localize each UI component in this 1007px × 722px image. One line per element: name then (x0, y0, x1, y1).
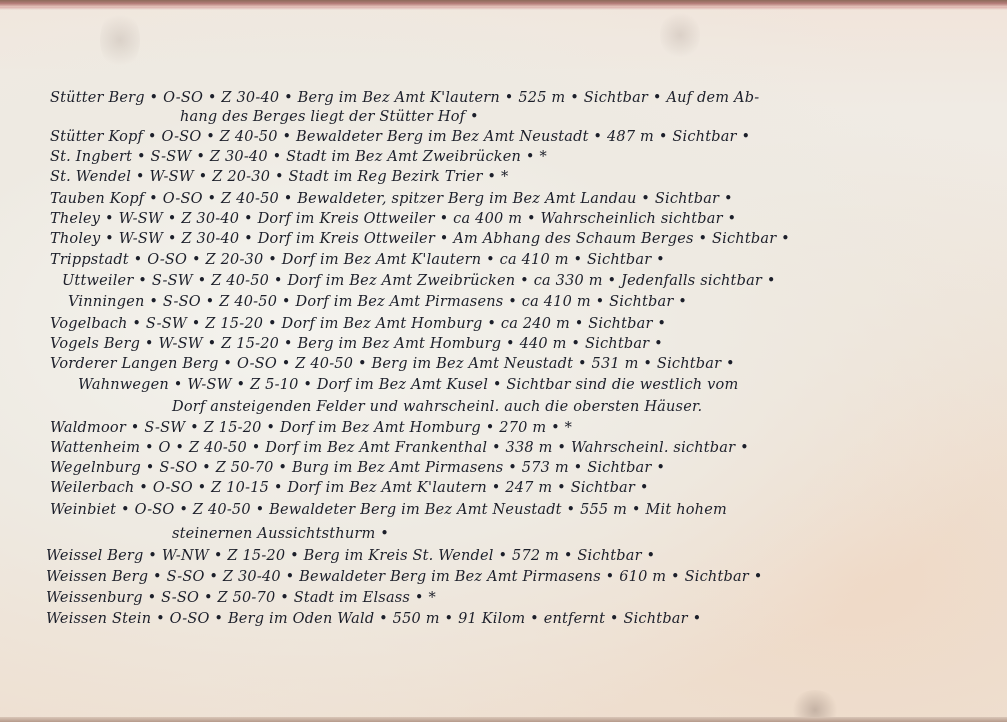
paper-page: Stütter Berg • O-SO • Z 30-40 • Berg im … (0, 0, 1007, 722)
entry-line: Trippstadt • O-SO • Z 20-30 • Dorf im Be… (50, 252, 665, 268)
entry-line: Weinbiet • O-SO • Z 40-50 • Bewaldeter B… (50, 502, 727, 518)
entry-line: St. Wendel • W-SW • Z 20-30 • Stadt im R… (50, 169, 508, 185)
entry-line: Weissel Berg • W-NW • Z 15-20 • Berg im … (46, 548, 655, 564)
entry-line-continuation: hang des Berges liegt der Stütter Hof • (180, 109, 479, 125)
entry-line: Stütter Berg • O-SO • Z 30-40 • Berg im … (50, 90, 759, 106)
entry-line: St. Ingbert • S-SW • Z 30-40 • Stadt im … (50, 149, 547, 165)
entry-line: Wegelnburg • S-SO • Z 50-70 • Burg im Be… (50, 460, 665, 476)
handwritten-entries: Stütter Berg • O-SO • Z 30-40 • Berg im … (0, 0, 1007, 722)
entry-line: Uttweiler • S-SW • Z 40-50 • Dorf im Bez… (62, 273, 776, 289)
entry-line: Weissen Berg • S-SO • Z 30-40 • Bewaldet… (46, 569, 763, 585)
entry-line: Stütter Kopf • O-SO • Z 40-50 • Bewaldet… (50, 129, 750, 145)
entry-line-continuation: Dorf ansteigenden Felder und wahrscheinl… (172, 399, 702, 415)
entry-line: Wattenheim • O • Z 40-50 • Dorf im Bez A… (50, 440, 749, 456)
entry-line: Waldmoor • S-SW • Z 15-20 • Dorf im Bez … (50, 420, 572, 436)
entry-line: Vogelbach • S-SW • Z 15-20 • Dorf im Bez… (50, 316, 666, 332)
entry-line: Vorderer Langen Berg • O-SO • Z 40-50 • … (50, 356, 735, 372)
entry-line: Vogels Berg • W-SW • Z 15-20 • Berg im B… (50, 336, 663, 352)
entry-line: Tauben Kopf • O-SO • Z 40-50 • Bewaldete… (50, 191, 733, 207)
entry-line: Tholey • W-SW • Z 30-40 • Dorf im Kreis … (50, 231, 790, 247)
entry-line: Vinningen • S-SO • Z 40-50 • Dorf im Bez… (68, 294, 687, 310)
entry-line-continuation: steinernen Aussichtsthurm • (172, 526, 389, 542)
entry-line: Weilerbach • O-SO • Z 10-15 • Dorf im Be… (50, 480, 649, 496)
entry-line: Weissen Stein • O-SO • Berg im Oden Wald… (46, 611, 701, 627)
entry-line: Weissenburg • S-SO • Z 50-70 • Stadt im … (46, 590, 436, 606)
entry-line: Theley • W-SW • Z 30-40 • Dorf im Kreis … (50, 211, 736, 227)
entry-line: Wahnwegen • W-SW • Z 5-10 • Dorf im Bez … (78, 377, 738, 393)
